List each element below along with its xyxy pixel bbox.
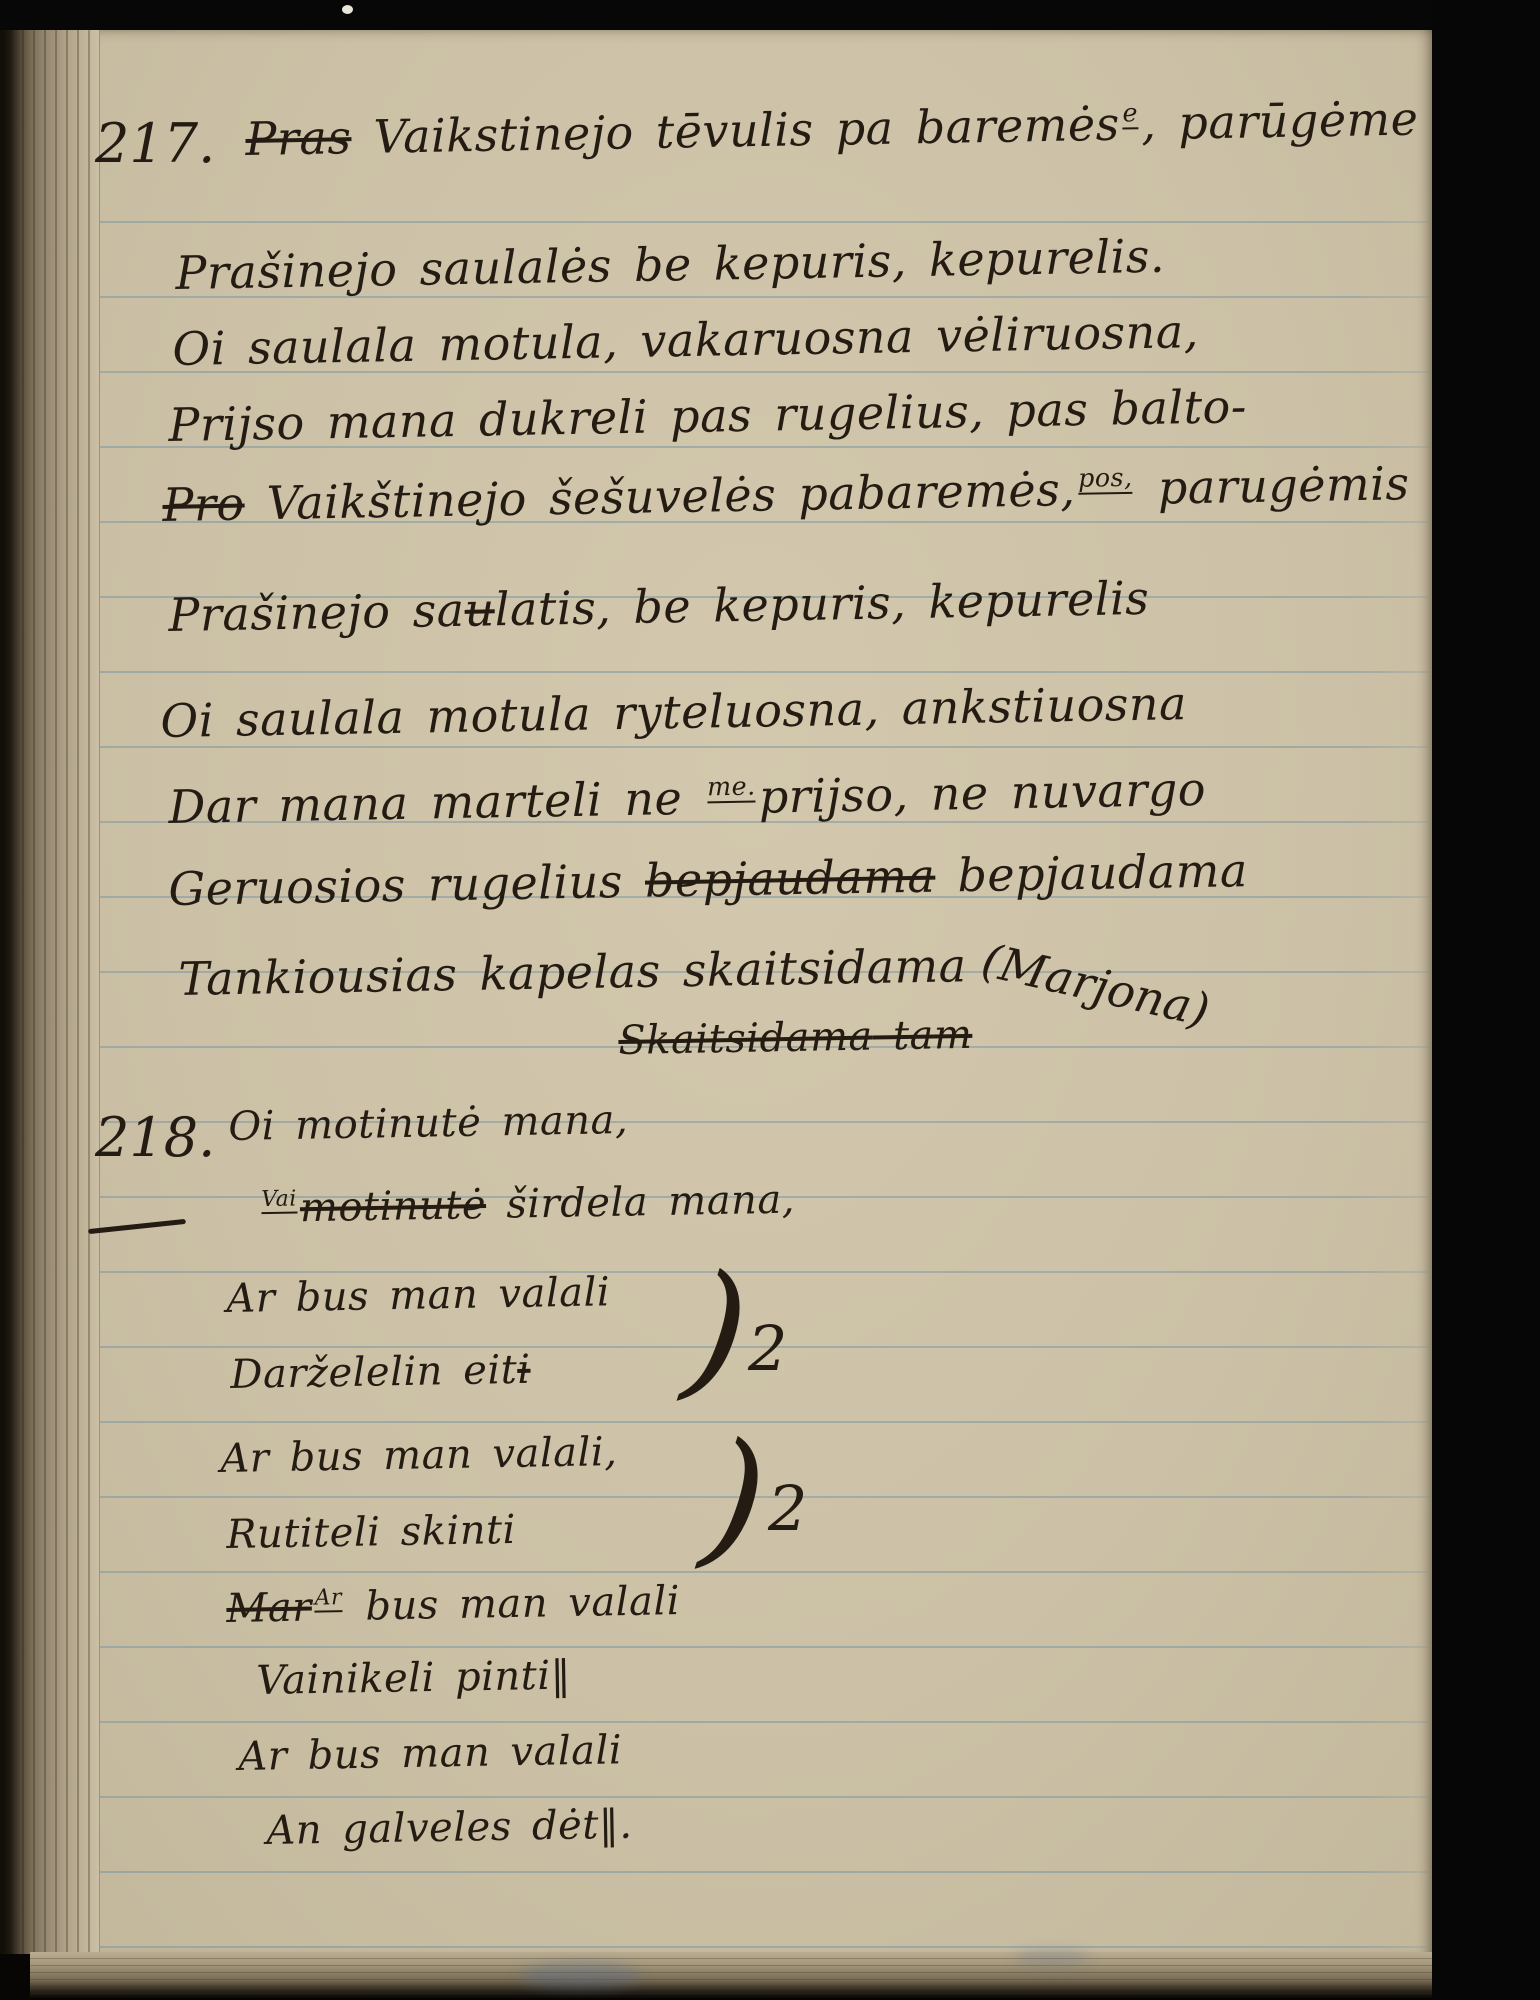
song-217-line-1: Pras Vaikstinejo tēvulis pa baremėse, pa… bbox=[245, 92, 1419, 166]
handwritten-text: parugėmis bbox=[1135, 456, 1410, 515]
handwritten-text: Prašinejo sa bbox=[168, 583, 465, 642]
repeat-count-1: 2 bbox=[748, 1312, 787, 1385]
handwritten-text: Rutiteli skinti bbox=[226, 1507, 516, 1558]
song-218-line-2: Vaimotinutė širdela mana, bbox=[258, 1177, 795, 1232]
song-number-218: 218. bbox=[95, 1106, 215, 1169]
handwritten-text: Ar bus man valali bbox=[238, 1727, 623, 1780]
song-218-line-10: An galveles dėt‖. bbox=[266, 1802, 633, 1854]
song-218-line-7: MarAr bus man valali bbox=[226, 1578, 680, 1632]
inserted-word: e bbox=[1122, 98, 1138, 129]
struck-word: Pro bbox=[162, 477, 245, 532]
annotation-marjona: (Marjona) bbox=[977, 933, 1215, 1038]
repeat-bracket-2: ) bbox=[697, 1421, 773, 1577]
song-217-line-5: Pro Vaikštinejo šešuvelės pabaremės,pos,… bbox=[162, 456, 1410, 532]
struck-word: Mar bbox=[226, 1585, 312, 1632]
struck-word: Pras bbox=[245, 110, 352, 166]
handwritten-text: bepjaudama bbox=[935, 843, 1248, 902]
inserted-word: Ar bbox=[314, 1585, 342, 1612]
handwritten-text: Prašinejo saulalės be kepuris, kepurelis… bbox=[175, 229, 1165, 300]
song-218-line-6: Rutiteli skinti bbox=[226, 1507, 516, 1558]
scanned-notebook-page: 217. 218. (Marjona) ) 2 ) 2 Pras Vaiksti… bbox=[0, 0, 1540, 2000]
song-217-line-3: Oi saulala motula, vakaruosna vėliruosna… bbox=[172, 304, 1199, 376]
song-217-line-8: Dar mana marteli ne me.prijso, ne nuvarg… bbox=[168, 762, 1206, 834]
repeat-bracket-1: ) bbox=[679, 1253, 755, 1409]
handwritten-text: An galveles dėt‖. bbox=[266, 1802, 633, 1854]
struck-word: u bbox=[464, 582, 495, 637]
handwritten-text: širdela mana, bbox=[486, 1177, 796, 1228]
song-217-line-6: Prašinejo saulatis, be kepuris, kepureli… bbox=[168, 571, 1150, 642]
handwritten-text: Oi saulala motula, vakaruosna vėliruosna… bbox=[172, 304, 1199, 376]
struck-word: i bbox=[517, 1347, 531, 1393]
song-number-217: 217. bbox=[95, 112, 215, 175]
handwritten-text: Vaikstinejo tēvulis pa baremės bbox=[351, 97, 1120, 164]
song-217-line-4: Prijso mana dukreli pas rugelius, pas ba… bbox=[168, 379, 1247, 452]
handwritten-text: Vaikštinejo šešuvelės pabaremės, bbox=[244, 462, 1076, 530]
song-217-line-9: Geruosios rugelius bepjaudama bepjaudama bbox=[168, 843, 1248, 916]
handwritten-text: Ar bus man valali, bbox=[220, 1429, 618, 1482]
song-217-line-10: Tankiousias kapelas skaitsidama bbox=[178, 938, 967, 1006]
struck-word: Skaitsidama bbox=[618, 1014, 873, 1064]
struck-word: tam bbox=[872, 1012, 972, 1060]
song-217-line-11: Skaitsidama tam bbox=[618, 1012, 973, 1064]
handwritten-text: prijso, ne nuvargo bbox=[758, 762, 1206, 824]
song-218-line-4: Darželelin eiti bbox=[230, 1347, 531, 1398]
song-218-line-3: Ar bus man valali bbox=[226, 1269, 611, 1322]
song-218-line-1: Oi motinutė mana, bbox=[228, 1097, 629, 1150]
handwritten-text: Tankiousias kapelas skaitsidama bbox=[178, 938, 967, 1006]
handwritten-text: Ar bus man valali bbox=[226, 1269, 611, 1322]
song-217-line-7: Oi saulala motula ryteluosna, ankstiuosn… bbox=[160, 676, 1187, 748]
song-218-line-5: Ar bus man valali, bbox=[220, 1429, 618, 1482]
handwritten-text: latis, be kepuris, kepurelis bbox=[494, 571, 1149, 636]
song-218-line-8: Vainikeli pinti‖ bbox=[256, 1653, 571, 1704]
handwritten-text: Geruosios rugelius bbox=[168, 854, 645, 916]
inserted-word: Vai bbox=[261, 1186, 297, 1214]
handwritten-text: Oi saulala motula ryteluosna, ankstiuosn… bbox=[160, 676, 1187, 748]
song-218-line-9: Ar bus man valali bbox=[238, 1727, 623, 1780]
struck-word: bepjaudama bbox=[645, 849, 936, 908]
inserted-word: me. bbox=[707, 772, 756, 804]
handwritten-text: Darželelin eit bbox=[230, 1347, 518, 1398]
handwritten-text: Dar mana marteli ne bbox=[168, 771, 705, 834]
struck-word: motinutė bbox=[300, 1182, 487, 1231]
handwritten-text: Vainikeli pinti‖ bbox=[256, 1653, 571, 1704]
underline-dash bbox=[88, 1219, 186, 1234]
handwritten-text: , parūgėme bbox=[1141, 92, 1419, 151]
inserted-word: pos, bbox=[1078, 463, 1133, 495]
handwritten-text: Prijso mana dukreli pas rugelius, pas ba… bbox=[168, 379, 1247, 452]
handwriting-layer: 217. 218. (Marjona) ) 2 ) 2 Pras Vaiksti… bbox=[0, 0, 1540, 2000]
handwritten-text: bus man valali bbox=[345, 1578, 681, 1630]
song-217-line-2: Prašinejo saulalės be kepuris, kepurelis… bbox=[175, 229, 1165, 300]
handwritten-text: Oi motinutė mana, bbox=[228, 1097, 629, 1150]
repeat-count-2: 2 bbox=[768, 1472, 807, 1545]
